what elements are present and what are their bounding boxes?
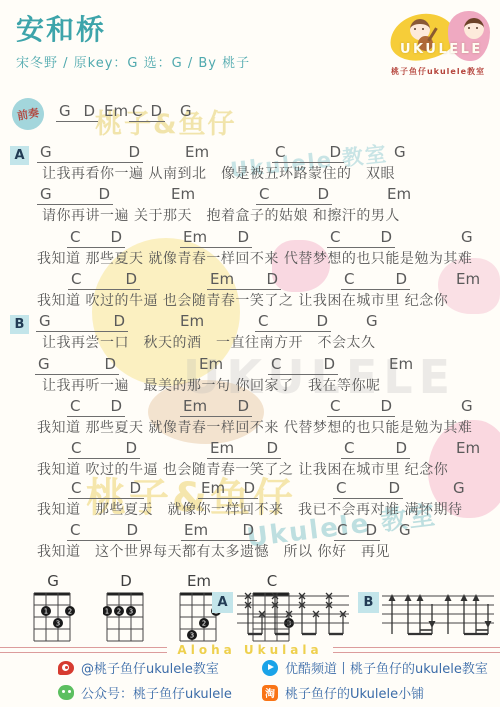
chord-label: Em	[201, 480, 225, 496]
intro-chord-row: GDEmCDG	[0, 103, 500, 125]
chord-group: Em	[177, 313, 207, 331]
chord-group: CD	[334, 522, 380, 541]
chord-group: GD	[36, 313, 128, 332]
chord-group: CD	[256, 186, 332, 205]
svg-text:3: 3	[129, 608, 133, 616]
chord-group: EmD	[207, 271, 281, 290]
chord-label: G	[180, 103, 192, 119]
chord-label: C	[258, 313, 268, 329]
chord-group: GD	[37, 144, 143, 163]
logo-face-icon	[464, 18, 484, 39]
chord-label: D	[113, 313, 125, 329]
lyric-line: 请你再讲一遍 关于那天 抱着盒子的姑娘 和擦汗的男人	[0, 205, 500, 225]
chord-row: CDEmDCDG	[0, 480, 500, 499]
svg-text:1: 1	[44, 608, 48, 616]
song-line: CDEmDCDG我知道 那些夏天 就像你一样回不来 我已不会再对谁 满怀期待	[0, 480, 500, 520]
youku-icon	[262, 660, 278, 676]
chord-label: C	[70, 522, 80, 538]
chord-label: C	[344, 271, 354, 287]
chord-diagram-label: D	[103, 572, 149, 590]
chord-label: Em	[185, 144, 209, 160]
chord-label: G	[40, 186, 52, 202]
svg-text:2: 2	[117, 608, 121, 616]
chord-label: G	[399, 522, 411, 538]
chord-group: CD	[268, 356, 338, 375]
chord-group: CD	[272, 144, 344, 163]
chord-label: D	[104, 356, 116, 372]
chord-group: CD	[341, 271, 410, 290]
chord-label: Em	[171, 186, 195, 202]
chord-group: CD	[68, 271, 140, 290]
lyric-line: 我知道 那些夏天 就像青春一样回不来 代替梦想的也只能是勉为其难	[0, 248, 500, 268]
chord-group: G	[458, 398, 476, 416]
chord-label: Em	[183, 229, 207, 245]
chord-row: CDEmDCDEm	[0, 271, 500, 290]
chord-group: EmD	[180, 398, 252, 417]
chord-label: G	[39, 313, 51, 329]
chord-group: CD	[129, 103, 165, 122]
strum-pattern-a-notation	[237, 588, 349, 644]
footer-link-text: 优酷频道丨桃子鱼仔的ukulele教室	[285, 658, 488, 677]
lyric-line: 让我再尝一口 秋天的酒 一直往南方开 不会太久	[0, 332, 500, 352]
footer-link-text: 公众号：桃子鱼仔ukulele	[81, 683, 232, 702]
chord-label: D	[395, 440, 407, 456]
svg-text:1: 1	[105, 608, 109, 616]
chord-label: D	[125, 271, 137, 287]
song-credits: 宋冬野 / 原key：G 选：G / By 桃子	[16, 52, 250, 71]
chord-label: D	[125, 440, 137, 456]
chord-label: G	[40, 144, 52, 160]
logo-caption: 桃子鱼仔ukulele教室	[384, 66, 492, 77]
chord-label: Em	[184, 522, 208, 538]
lyric-line: 让我再听一遍 最美的那一句 你回家了 我在等你呢	[0, 375, 500, 395]
chord-label: D	[329, 144, 341, 160]
chord-group: GD	[37, 186, 113, 205]
footer-link[interactable]: 淘桃子鱼仔的Ukulele小铺	[262, 683, 424, 702]
song-line: GDEmCDEm请你再讲一遍 关于那天 抱着盒子的姑娘 和擦汗的男人	[0, 186, 500, 226]
chord-label: D	[98, 186, 110, 202]
chord-group: Em	[384, 186, 414, 204]
chord-group: Em	[453, 271, 483, 289]
chord-label: G	[394, 144, 406, 160]
page-title: 安和桥	[16, 8, 106, 48]
taobao-icon: 淘	[262, 685, 278, 701]
chord-label: Em	[183, 398, 207, 414]
chord-diagram-d: D123	[103, 572, 149, 649]
chord-label: D	[110, 229, 122, 245]
chord-label: D	[323, 356, 335, 372]
footer-divider: Aloha Ukulala	[0, 643, 500, 657]
chord-label: D	[242, 522, 254, 538]
chord-label: D	[380, 398, 392, 414]
chord-label: D	[266, 271, 278, 287]
chord-row: CDEmDCDG	[0, 229, 500, 248]
svg-text:3: 3	[56, 620, 60, 628]
chord-row: GDEmCDEm	[0, 356, 500, 375]
chord-label: D	[395, 271, 407, 287]
chord-label: C	[259, 186, 269, 202]
chord-label: Em	[199, 356, 223, 372]
chord-label: C	[337, 522, 347, 538]
chord-label: C	[71, 480, 81, 496]
chord-label: Em	[210, 271, 234, 287]
chord-row: GDEmCDG	[0, 313, 500, 332]
chord-group: EmD	[181, 522, 257, 541]
chord-group: Em	[168, 186, 198, 204]
chord-label: D	[380, 229, 392, 245]
strum-pattern-b-notation	[382, 588, 494, 644]
chord-label: D	[243, 480, 255, 496]
chord-group: G	[458, 229, 476, 247]
chord-label: C	[275, 144, 285, 160]
chord-group: CD	[67, 229, 125, 248]
divider-line	[0, 647, 167, 653]
chord-label: D	[316, 313, 328, 329]
divider-line	[333, 647, 500, 653]
chord-label: Em	[456, 440, 480, 456]
chord-label: C	[330, 398, 340, 414]
chord-label: D	[128, 144, 140, 160]
chord-group: CD	[255, 313, 331, 332]
chord-group: EmD	[198, 480, 258, 499]
song-line: CDEmDCDEm我知道 吹过的牛逼 也会随青春一笑了之 让我困在城市里 纪念你	[0, 271, 500, 311]
chord-label: Em	[456, 271, 480, 287]
pattern-b-badge: B	[358, 592, 379, 613]
chord-label: D	[83, 103, 95, 119]
chord-diagram-g: G123	[30, 572, 76, 649]
song-line: CDEmDCDG我知道 那些夏天 就像青春一样回不来 代替梦想的也只能是勉为其难	[0, 398, 500, 438]
logo-brand-text: UKULELE	[400, 42, 483, 57]
chord-label: D	[110, 398, 122, 414]
chord-group: Em	[386, 356, 416, 374]
lyric-line: 我知道 吹过的牛逼 也会随青春一笑了之 让我困在城市里 纪念你	[0, 459, 500, 479]
divider-text: Aloha Ukulala	[177, 643, 322, 657]
chord-group: CD	[327, 398, 395, 417]
chord-label: C	[70, 398, 80, 414]
chord-label: G	[461, 398, 473, 414]
chord-group: G	[450, 480, 468, 498]
song-line: CDEmDCDG我知道 这个世界每天都有太多遗憾 所以 你好 再见	[0, 522, 500, 562]
footer-link-text: 桃子鱼仔的Ukulele小铺	[285, 683, 424, 702]
chord-label: D	[150, 103, 162, 119]
chord-group: GD	[35, 356, 119, 375]
chord-group: CD	[68, 440, 140, 459]
chord-row: CDEmDCDG	[0, 398, 500, 417]
chord-label: Em	[104, 103, 128, 119]
chord-label: Em	[180, 313, 204, 329]
chord-label: C	[132, 103, 142, 119]
chord-group: EmD	[207, 440, 281, 459]
chord-label: C	[271, 356, 281, 372]
chord-label: G	[453, 480, 465, 496]
chord-group: CD	[67, 398, 125, 417]
chord-label: Em	[389, 356, 413, 372]
lyric-line: 让我再看你一遍 从南到北 像是被五环路蒙住的 双眼	[0, 163, 500, 183]
chord-group: GD	[56, 103, 98, 122]
pattern-a-badge: A	[212, 592, 233, 613]
chord-label: G	[366, 313, 378, 329]
footer-link[interactable]: 公众号：桃子鱼仔ukulele	[58, 683, 232, 702]
chord-group: CD	[67, 522, 141, 541]
chord-label: C	[71, 440, 81, 456]
chord-label: C	[70, 229, 80, 245]
lyric-line: 我知道 这个世界每天都有太多遗憾 所以 你好 再见	[0, 541, 500, 561]
chord-label: C	[71, 271, 81, 287]
chord-group: CD	[341, 440, 410, 459]
chord-group: CD	[333, 480, 403, 499]
weibo-icon	[58, 661, 74, 675]
chord-diagram-label: G	[30, 572, 76, 590]
chord-label: G	[59, 103, 71, 119]
chord-row: GDEmCDG	[0, 144, 500, 163]
chord-group: Em	[101, 103, 131, 121]
chord-group: G	[177, 103, 195, 121]
footer-link-text: @桃子鱼仔ukulele教室	[81, 658, 219, 677]
svg-text:2: 2	[202, 620, 206, 628]
studio-logo: UKULELE 桃子鱼仔ukulele教室	[384, 6, 492, 80]
svg-text:2: 2	[68, 608, 72, 616]
lyric-line: 我知道 那些夏天 就像你一样回不来 我已不会再对谁 满怀期待	[0, 499, 500, 519]
chord-row: CDEmDCDG	[0, 522, 500, 541]
chord-group: CD	[68, 480, 144, 499]
footer-link[interactable]: 优酷频道丨桃子鱼仔的ukulele教室	[262, 658, 488, 677]
chord-label: D	[317, 186, 329, 202]
chord-group: Em	[196, 356, 226, 374]
song-line: GDEmCDEm让我再听一遍 最美的那一句 你回家了 我在等你呢	[0, 356, 500, 396]
chord-label: Em	[210, 440, 234, 456]
chord-label: D	[237, 229, 249, 245]
lyric-line: 我知道 吹过的牛逼 也会随青春一笑了之 让我困在城市里 纪念你	[0, 290, 500, 310]
song-line: AGDEmCDG让我再看你一遍 从南到北 像是被五环路蒙住的 双眼	[0, 144, 500, 184]
song-line: BGDEmCDG让我再尝一口 秋天的酒 一直往南方开 不会太久	[0, 313, 500, 353]
chord-group: Em	[453, 440, 483, 458]
wechat-icon	[58, 685, 74, 700]
chord-diagram-label: Em	[176, 572, 222, 590]
chord-label: C	[344, 440, 354, 456]
chord-label: D	[266, 440, 278, 456]
song-line: CDEmDCDG我知道 那些夏天 就像青春一样回不来 代替梦想的也只能是勉为其难	[0, 229, 500, 269]
chord-group: G	[396, 522, 414, 540]
chord-label: C	[330, 229, 340, 245]
footer-link[interactable]: @桃子鱼仔ukulele教室	[58, 658, 219, 677]
chord-label: D	[388, 480, 400, 496]
chord-label: D	[129, 480, 141, 496]
lyric-line: 我知道 那些夏天 就像青春一样回不来 代替梦想的也只能是勉为其难	[0, 417, 500, 437]
chord-group: CD	[327, 229, 395, 248]
chord-group: G	[363, 313, 381, 331]
chord-group: Em	[182, 144, 212, 162]
chord-row: GDEmCDEm	[0, 186, 500, 205]
chord-label: G	[461, 229, 473, 245]
chord-row: CDEmDCDEm	[0, 440, 500, 459]
svg-text:3: 3	[190, 632, 194, 640]
chord-label: D	[237, 398, 249, 414]
chord-label: C	[336, 480, 346, 496]
chord-group: G	[391, 144, 409, 162]
chord-label: D	[365, 522, 377, 538]
song-line: CDEmDCDEm我知道 吹过的牛逼 也会随青春一笑了之 让我困在城市里 纪念你	[0, 440, 500, 480]
chord-group: EmD	[180, 229, 252, 248]
chord-label: D	[126, 522, 138, 538]
chord-label: Em	[387, 186, 411, 202]
chord-label: G	[38, 356, 50, 372]
